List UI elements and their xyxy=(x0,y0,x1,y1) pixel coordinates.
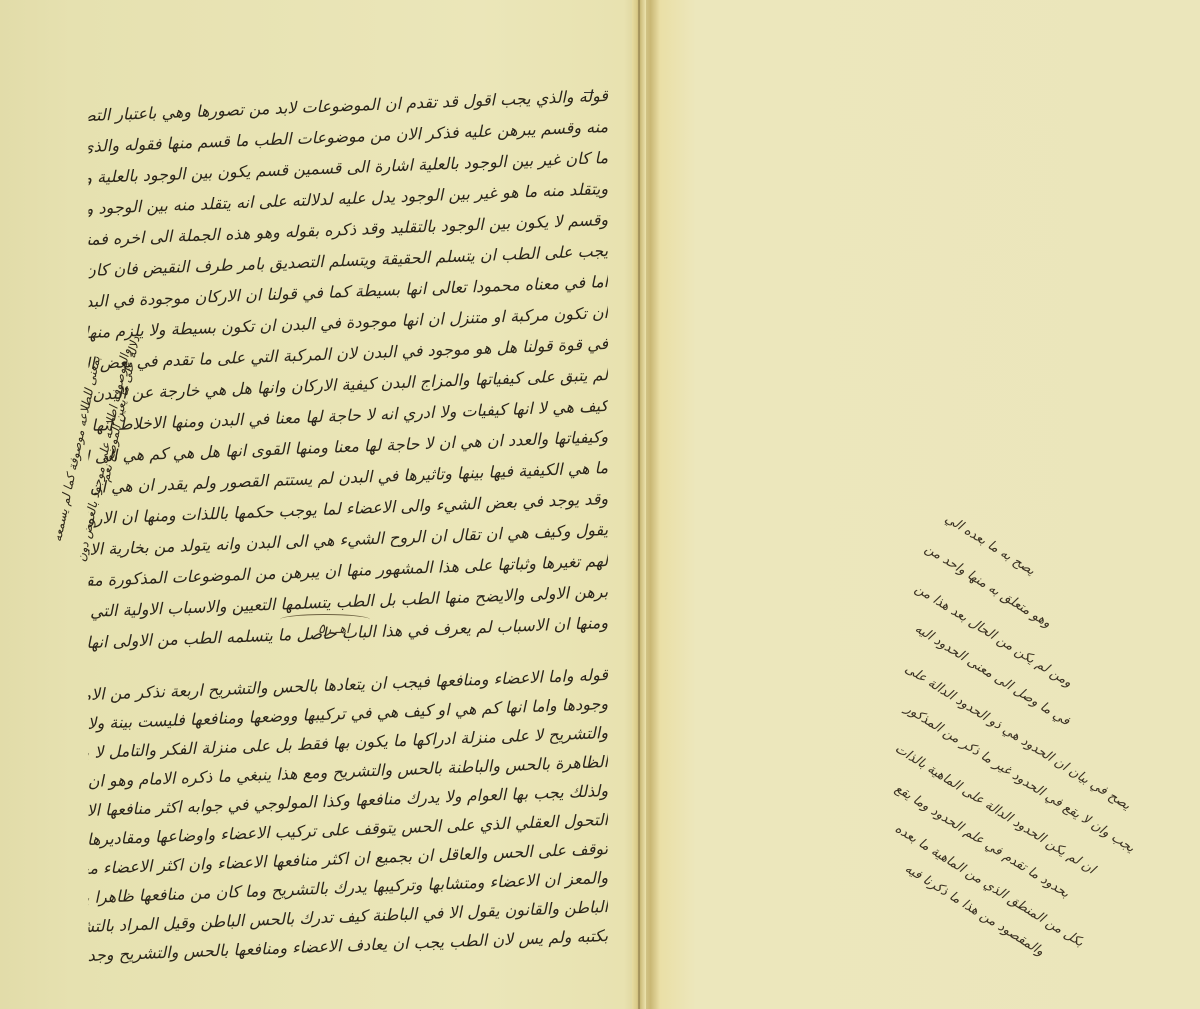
book-gutter xyxy=(632,0,646,1009)
diagonal-note: يصح به ما بعده الي وهو متعلق به منها واح… xyxy=(886,510,1200,990)
right-page: يصح به ما بعده الي وهو متعلق به منها واح… xyxy=(646,0,1200,1009)
section-marker: اهـ ر٥ xyxy=(318,622,350,637)
manuscript-spread: بمعنى للطلاعه موصوفة كما لم يسمعه والموص… xyxy=(0,0,1200,1009)
left-page: بمعنى للطلاعه موصوفة كما لم يسمعه والموص… xyxy=(0,0,632,1009)
second-text-block: قوله واما الاعضاء ومنافعها فيجب ان يتعاد… xyxy=(88,660,608,950)
diagonal-note-line: وهو متعلق به منها واحد من xyxy=(922,541,1054,631)
main-text-block: قوله والذي يجب اقول قد تقدم ان الموضوعات… xyxy=(88,80,608,638)
